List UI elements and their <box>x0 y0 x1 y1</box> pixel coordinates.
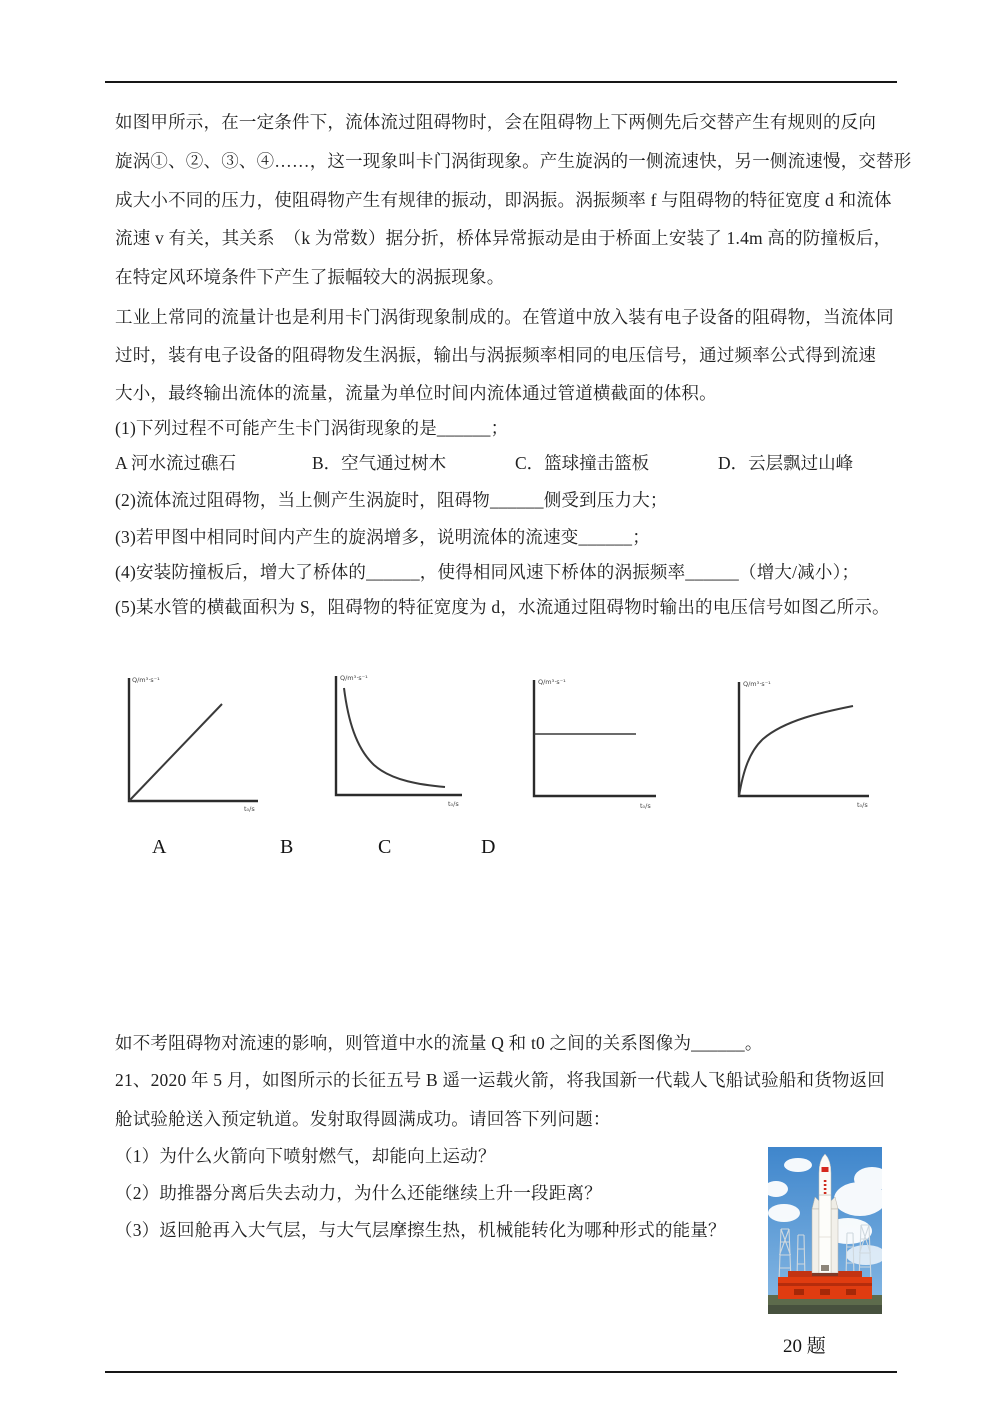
q21-sub3: （3）返回舱再入大气层，与大气层摩擦生热，机械能转化为哪种形式的能量？ <box>115 1219 726 1241</box>
q21-intro-line: 21、2020 年 5 月，如图所示的长征五号 B 遥一运载火箭，将我国新一代载… <box>115 1069 885 1091</box>
graph-option-b: Q/m³·s⁻¹ t₀/s <box>330 668 468 813</box>
graph-option-a: Q/m³·s⁻¹ t₀/s <box>118 670 266 812</box>
q20-option-c: C．篮球撞击篮板 <box>515 450 649 475</box>
passage1-line: 在特定风环境条件下产生了振幅较大的涡振现象。 <box>115 266 504 288</box>
graph-b-xlabel: t₀/s <box>448 800 459 808</box>
passage1-line: 流速 v 有关，其关系 （k 为常数）据分折，桥体异常振动是由于桥面上安装了 1… <box>115 227 891 249</box>
graph-letter-b: B <box>280 836 293 859</box>
graph-c-ylabel: Q/m³·s⁻¹ <box>538 678 566 686</box>
q21-intro-line: 舱试验舱送入预定轨道。发射取得圆满成功。请回答下列问题： <box>115 1108 611 1130</box>
graph-c-xlabel: t₀/s <box>640 802 651 810</box>
graph-a-ylabel: Q/m³·s⁻¹ <box>132 676 160 684</box>
graph-option-c: Q/m³·s⁻¹ t₀/s <box>528 672 663 812</box>
q20-option-a: A 河水流过礁石 <box>115 450 236 475</box>
top-rule <box>105 81 897 83</box>
q20-sub3: (3)若甲图中相同时间内产生的旋涡增多，说明流体的流速变______； <box>115 526 650 548</box>
q20-sub5: (5)某水管的横截面积为 S，阻碍物的特征宽度为 d，水流通过阻碍物时输出的电压… <box>115 596 890 618</box>
graph-a-xlabel: t₀/s <box>244 805 255 812</box>
q21-sub1: （1）为什么火箭向下喷射燃气，却能向上运动？ <box>115 1145 496 1167</box>
passage2-line: 大小，最终输出流体的流量，流量为单位时间内流体通过管道横截面的体积。 <box>115 382 717 404</box>
graph-d-xlabel: t₀/s <box>857 801 868 809</box>
passage1-line: 旋涡①、②、③、④……，这一现象叫卡门涡街现象。产生旋涡的一侧流速快，另一侧流速… <box>115 150 912 172</box>
graph-letter-a: A <box>152 836 166 859</box>
q20-option-d: D．云层飘过山峰 <box>718 450 853 475</box>
passage1-line: 如图甲所示，在一定条件下，流体流过阻碍物时，会在阻碍物上下两侧先后交替产生有规则… <box>115 111 876 133</box>
bottom-rule <box>105 1371 897 1373</box>
q20-sub2: (2)流体流过阻碍物，当上侧产生涡旋时，阻碍物______侧受到压力大； <box>115 489 668 511</box>
exam-page: 如图甲所示，在一定条件下，流体流过阻碍物时，会在阻碍物上下两侧先后交替产生有规则… <box>0 0 1000 1415</box>
q21-sub2: （2）助推器分离后失去动力，为什么还能继续上升一段距离？ <box>115 1182 602 1204</box>
graph-d-ylabel: Q/m³·s⁻¹ <box>743 680 771 688</box>
rocket-photo <box>768 1147 882 1319</box>
q20-sub1: (1)下列过程不可能产生卡门涡街现象的是______； <box>115 417 508 439</box>
graph-letter-d: D <box>481 836 495 859</box>
passage1-line: 成大小不同的压力，使阻碍物产生有规律的振动，即涡振。涡振频率 f 与阻碍物的特征… <box>115 189 892 211</box>
q20-option-b: B．空气通过树木 <box>312 450 446 475</box>
figure-caption: 20 题 <box>783 1331 826 1358</box>
passage2-line: 工业上常同的流量计也是利用卡门涡街现象制成的。在管道中放入装有电子设备的阻碍物，… <box>115 306 894 328</box>
graph-option-d: Q/m³·s⁻¹ t₀/s <box>733 676 875 809</box>
passage2-line: 过时，装有电子设备的阻碍物发生涡振，输出与涡振频率相同的电压信号，通过频率公式得… <box>115 344 876 366</box>
graph-letter-c: C <box>378 836 391 859</box>
q20-conclusion: 如不考阻碍物对流速的影响，则管道中水的流量 Q 和 t0 之间的关系图像为___… <box>115 1032 763 1054</box>
q20-sub4: (4)安装防撞板后，增大了桥体的______，使得相同风速下桥体的涡振频率___… <box>115 561 859 583</box>
graph-b-ylabel: Q/m³·s⁻¹ <box>340 674 368 682</box>
